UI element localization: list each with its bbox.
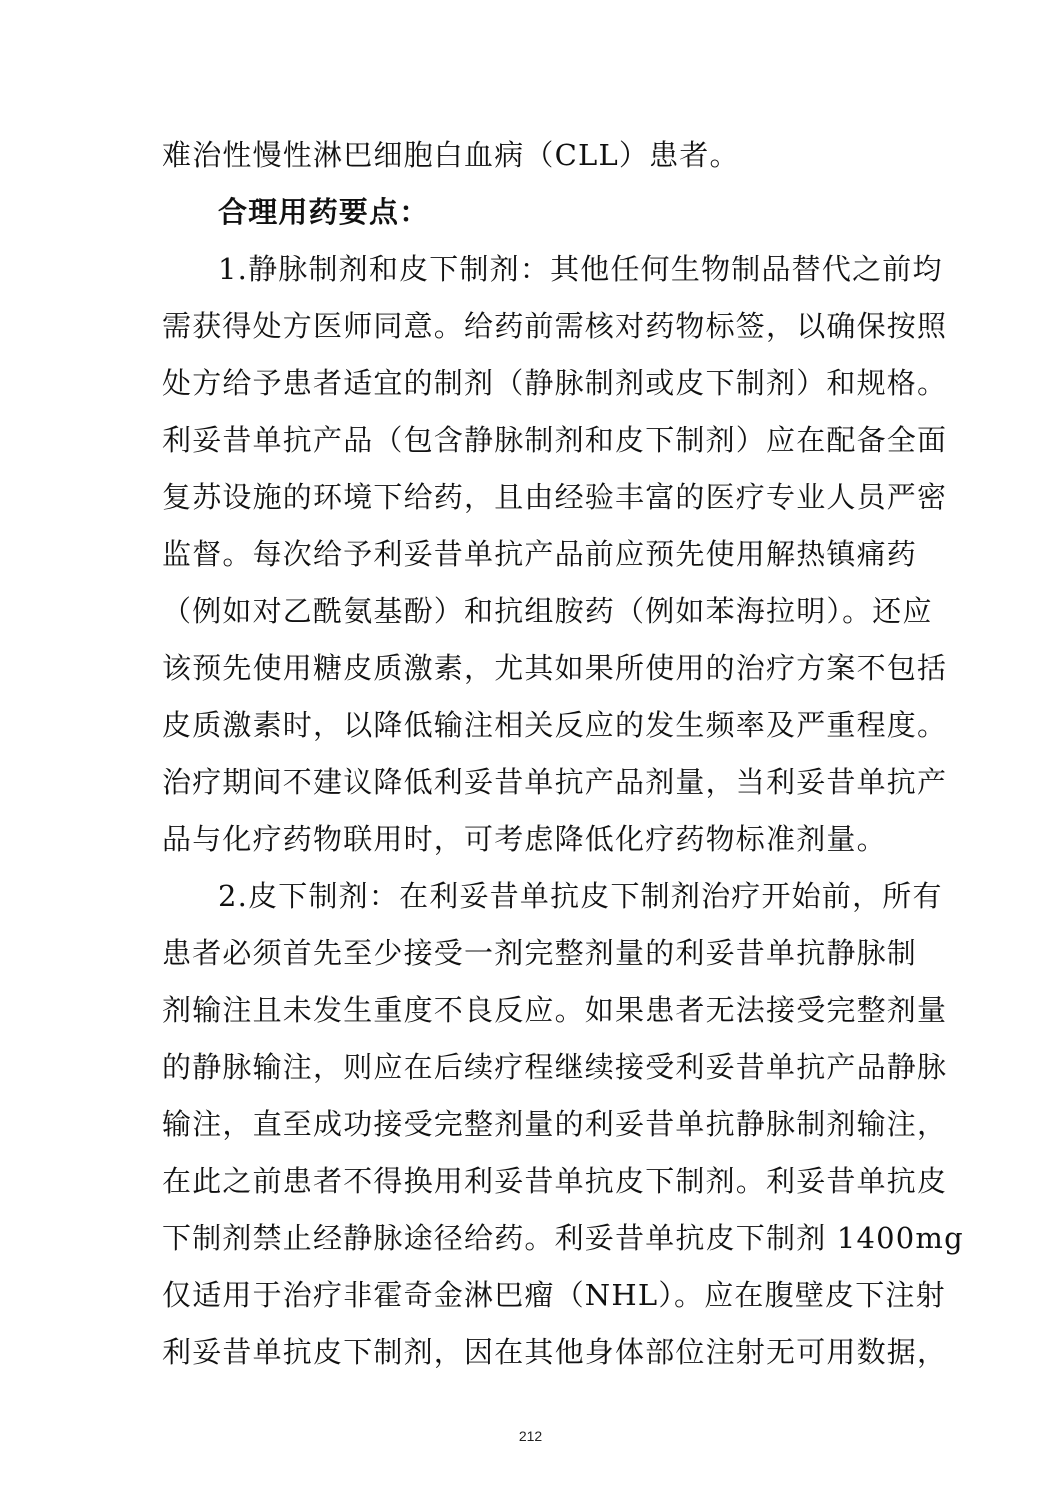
text-line: 剂输注且未发生重度不良反应。如果患者无法接受完整剂量 [162, 990, 902, 1030]
text-line: 利妥昔单抗产品（包含静脉制剂和皮下制剂）应在配备全面 [162, 420, 902, 460]
text-line: 下制剂禁止经静脉途径给药。利妥昔单抗皮下制剂 1400mg [162, 1218, 902, 1258]
document-page: 难治性慢性淋巴细胞白血病（CLL）患者。 合理用药要点： 1.静脉制剂和皮下制剂… [0, 0, 1061, 1500]
text-line: 皮质激素时，以降低输注相关反应的发生频率及严重程度。 [162, 705, 902, 745]
section-heading: 合理用药要点： [218, 192, 958, 232]
text-line: 需获得处方医师同意。给药前需核对药物标签，以确保按照 [162, 306, 902, 346]
text-line: 品与化疗药物联用时，可考虑降低化疗药物标准剂量。 [162, 819, 902, 859]
text-line: 该预先使用糖皮质激素，尤其如果所使用的治疗方案不包括 [162, 648, 902, 688]
page-number: 212 [0, 1428, 1061, 1444]
text-line: 复苏设施的环境下给药，且由经验丰富的医疗专业人员严密 [162, 477, 902, 517]
text-line: （例如对乙酰氨基酚）和抗组胺药（例如苯海拉明）。还应 [162, 591, 902, 631]
text-line: 监督。每次给予利妥昔单抗产品前应预先使用解热镇痛药 [162, 534, 902, 574]
text-line: 仅适用于治疗非霍奇金淋巴瘤（NHL）。应在腹壁皮下注射 [162, 1275, 902, 1315]
text-line: 患者必须首先至少接受一剂完整剂量的利妥昔单抗静脉制 [162, 933, 902, 973]
text-line: 输注，直至成功接受完整剂量的利妥昔单抗静脉制剂输注， [162, 1104, 902, 1144]
text-line: 1.静脉制剂和皮下制剂：其他任何生物制品替代之前均 [218, 249, 958, 289]
text-line: 的静脉输注，则应在后续疗程继续接受利妥昔单抗产品静脉 [162, 1047, 902, 1087]
text-line: 在此之前患者不得换用利妥昔单抗皮下制剂。利妥昔单抗皮 [162, 1161, 902, 1201]
text-line: 治疗期间不建议降低利妥昔单抗产品剂量，当利妥昔单抗产 [162, 762, 902, 802]
text-line: 利妥昔单抗皮下制剂，因在其他身体部位注射无可用数据， [162, 1332, 902, 1372]
text-line: 难治性慢性淋巴细胞白血病（CLL）患者。 [162, 135, 902, 175]
text-line: 处方给予患者适宜的制剂（静脉制剂或皮下制剂）和规格。 [162, 363, 902, 403]
text-line: 2.皮下制剂：在利妥昔单抗皮下制剂治疗开始前，所有 [218, 876, 958, 916]
